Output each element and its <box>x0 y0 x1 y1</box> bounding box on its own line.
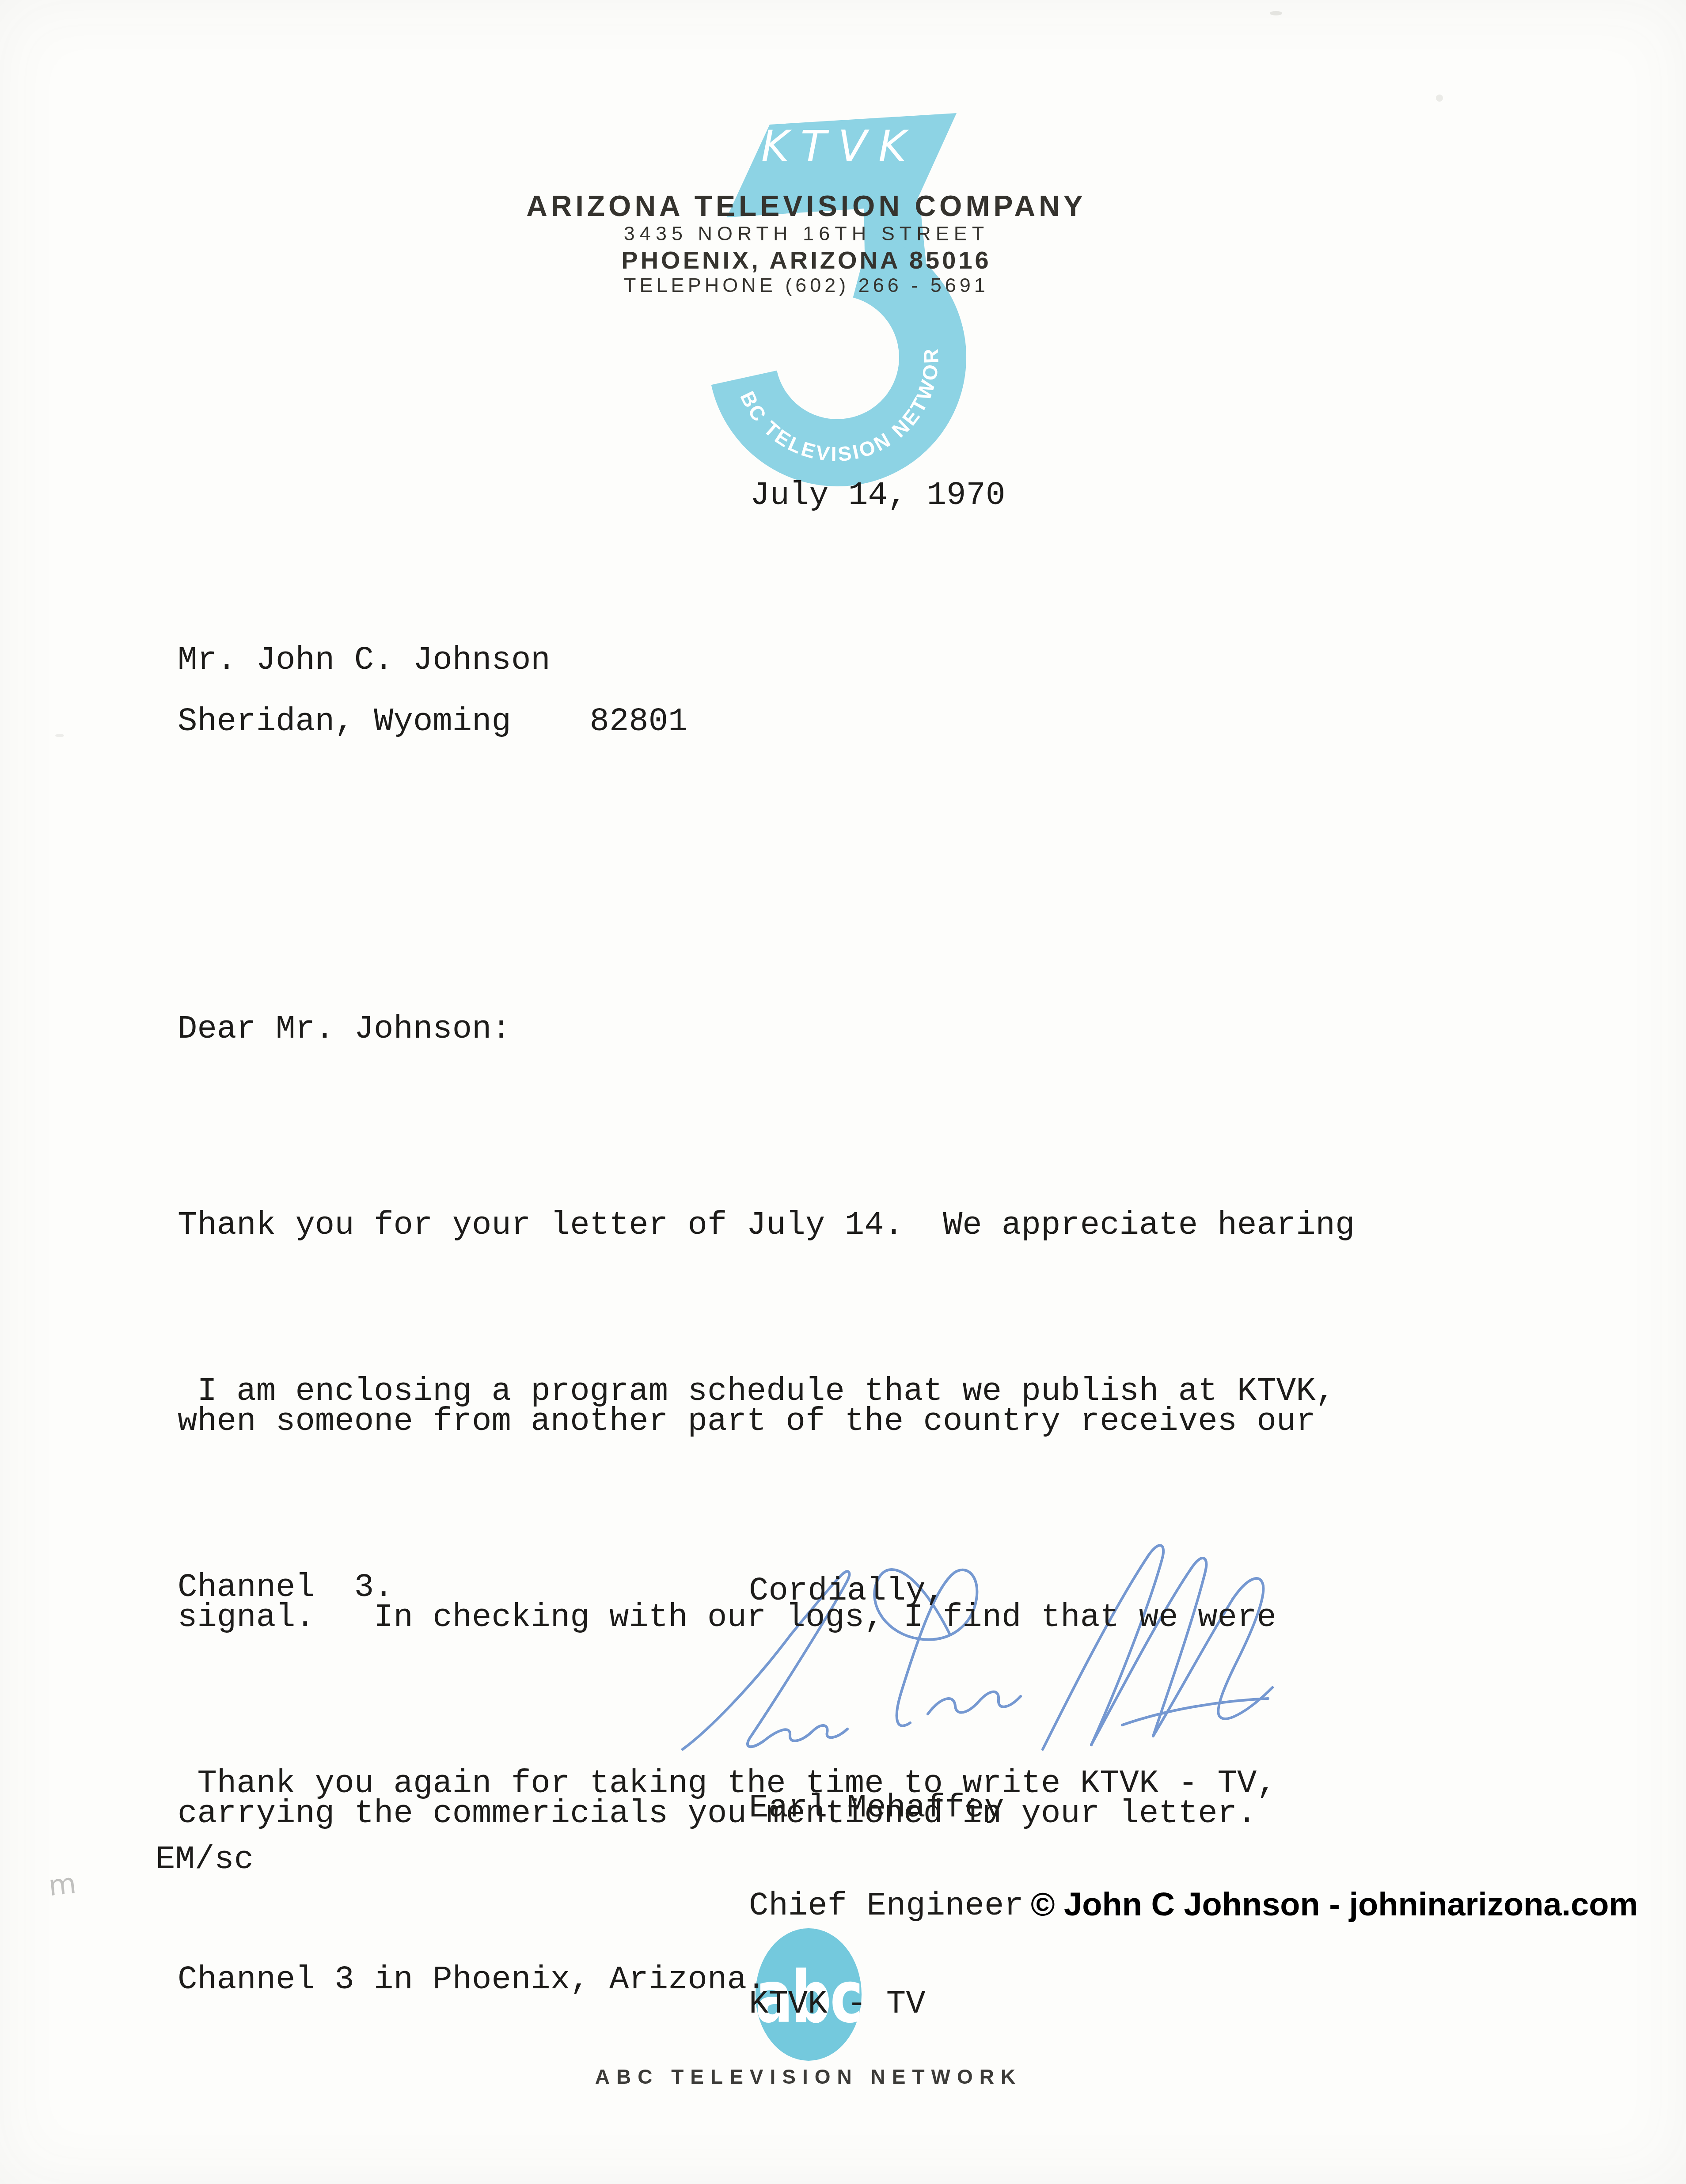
scanned-letter-page: ABC TELEVISION NETWORK abc KTVK ARIZONA <box>0 0 1686 2184</box>
letterhead-station-call-letters: KTVK <box>552 121 1127 171</box>
abc-network-caption: ABC TELEVISION NETWORK <box>521 2065 1096 2089</box>
signer-title: Chief Engineer <box>749 1890 1024 1922</box>
date-line: July 14, 1970 <box>750 477 1005 514</box>
recipient-city-zip: Sheridan, Wyoming 82801 <box>178 703 688 740</box>
signer-station: KTVK - TV <box>749 1988 1024 2021</box>
letterhead-company-name: ARIZONA TELEVISION COMPANY <box>519 189 1094 223</box>
scan-artifacts <box>55 11 1443 737</box>
copyright-watermark: © John C Johnson - johninarizona.com <box>1031 1885 1638 1923</box>
recipient-name: Mr. John C. Johnson <box>178 642 551 679</box>
reference-initials: EM/sc <box>156 1841 254 1878</box>
signature-block: Earl Mehaffey Chief Engineer KTVK - TV <box>749 1726 1024 2086</box>
valediction: Cordially, <box>749 1573 945 1610</box>
salutation: Dear Mr. Johnson: <box>178 997 1355 1062</box>
letterhead-city-line: PHOENIX, ARIZONA 85016 <box>519 246 1094 274</box>
body-line: I am enclosing a program schedule that w… <box>178 1359 1335 1424</box>
letterhead-phone-line: TELEPHONE (602) 266 - 5691 <box>519 274 1094 297</box>
pencil-mark: m <box>47 1867 78 1903</box>
letterhead-street-address: 3435 NORTH 16TH STREET <box>519 222 1094 245</box>
signer-name: Earl Mehaffey <box>749 1792 1024 1824</box>
